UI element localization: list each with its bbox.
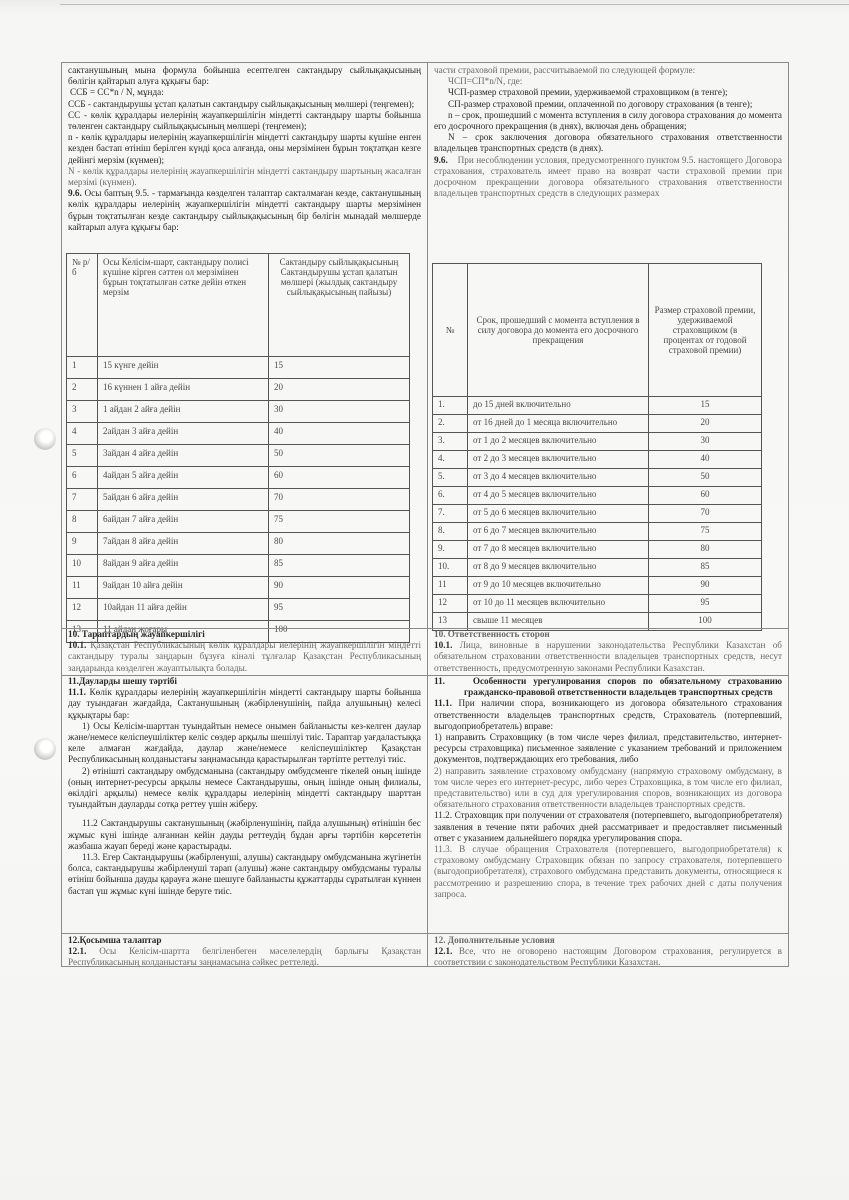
kz-row-period: 7айдан 8 айға дейін (98, 533, 269, 555)
kz-row-value: 75 (269, 511, 410, 533)
kz-header-num: № р/б (67, 254, 98, 357)
ru-row-period: от 8 до 9 месяцев включительно (468, 559, 649, 577)
kz-row-number: 7 (67, 489, 98, 511)
table-row: 8.от 6 до 7 месяцев включительно75 (433, 523, 762, 541)
ru-row-number: 11 (433, 577, 468, 595)
kz-formula: ССБ = СС*n / N, мұнда: (68, 87, 421, 98)
ru-clause-11-1-text: При наличии спора, возникающего из догов… (434, 698, 782, 730)
kz-row-value: 60 (269, 467, 410, 489)
kz-row-period: 1 айдан 2 айға дейін (98, 401, 269, 423)
kz-clause-11-3: 11.3. Егер Сактандырушы (жәбірленуші, ал… (68, 852, 421, 897)
table-row: 1210айдан 11 айға дейін95 (67, 599, 410, 621)
scanned-page: сактанушының мына формула бойынша есепте… (0, 0, 849, 1200)
ru-clause-11-1-item-1: 1) направить Страховщику (в том числе че… (434, 732, 782, 766)
kz-row-period: 6айдан 7 айға дейін (98, 511, 269, 533)
table-row: 97айдан 8 айға дейін80 (67, 533, 410, 555)
ru-clause-9-6-num: 9.6. (434, 155, 448, 165)
punch-hole-icon (34, 738, 56, 760)
kz-row-number: 1 (67, 357, 98, 379)
ru-header-period: Срок, прошедший с момента вступления в с… (468, 264, 649, 397)
ru-row-number: 1. (433, 397, 468, 415)
table-row: 53айдан 4 айға дейін50 (67, 445, 410, 467)
ru-clause-11-1-item-2: 2) направить заявление страховому омбудс… (434, 766, 782, 811)
kz-def-ss: СС - көлік құралдары иелерінің жауапкерш… (68, 110, 421, 132)
ru-row-value: 20 (649, 415, 762, 433)
ru-row-number: 10. (433, 559, 468, 577)
kz-row-value: 20 (269, 379, 410, 401)
ru-clause-10-1-num: 10.1. (434, 640, 452, 650)
kz-def-n: n - көлік құралдары иелерінің жауапкерші… (68, 132, 421, 166)
ru-clause-12-1-text: Все, что не оговорено настоящим Договоро… (434, 946, 782, 967)
kz-row-period: 8айдан 9 айға дейін (98, 555, 269, 577)
ru-row-number: 9. (433, 541, 468, 559)
table-row: 4.от 2 до 3 месяцев включительно40 (433, 451, 762, 469)
table-header-row: № р/б Осы Келісім-шарт, сактандыру полис… (67, 254, 410, 357)
table-row: 6.от 4 до 5 месяцев включительно60 (433, 487, 762, 505)
table-row: 3.от 1 до 2 месяцев включительно30 (433, 433, 762, 451)
table-row: 86айдан 7 айға дейін75 (67, 511, 410, 533)
ru-row-value: 60 (649, 487, 762, 505)
ru-row-period: от 1 до 2 месяцев включительно (468, 433, 649, 451)
ru-row-number: 4. (433, 451, 468, 469)
ru-def-chsp: ЧСП-размер страховой премии, удерживаемо… (434, 87, 782, 98)
kz-row-number: 5 (67, 445, 98, 467)
ru-row-period: от 2 до 3 месяцев включительно (468, 451, 649, 469)
ru-row-value: 30 (649, 433, 762, 451)
kz-row-period: 16 күннен 1 айға дейін (98, 379, 269, 401)
kz-clause-11-1-item-1: 1) Осы Келісім-шарттан туындайтын немесе… (68, 721, 421, 766)
ru-section-10-title: 10. Ответственность сторон (434, 629, 782, 640)
table-row: 119айдан 10 айға дейін90 (67, 577, 410, 599)
ru-row-period: от 5 до 6 месяцев включительно (468, 505, 649, 523)
kz-row-period: 4айдан 5 айға дейін (98, 467, 269, 489)
kz-header-value: Сактандыру сыйлықақысының Сактандырушы ұ… (269, 254, 410, 357)
table-row: 10.от 8 до 9 месяцев включительно85 (433, 559, 762, 577)
ru-row-number: 8. (433, 523, 468, 541)
ru-row-period: от 6 до 7 месяцев включительно (468, 523, 649, 541)
ru-row-period: от 10 до 11 месяцев включительно (468, 595, 649, 613)
kz-clause-9-6: 9.6. Осы баптың 9.5. - тармағында көздел… (68, 188, 421, 233)
table-row: 216 күннен 1 айға дейін20 (67, 379, 410, 401)
kz-row-period: 10айдан 11 айға дейін (98, 599, 269, 621)
kz-clause-11-1-text: Көлік құралдары иелерінің жауапкершілігі… (68, 687, 421, 719)
kz-row-value: 50 (269, 445, 410, 467)
ru-clause-11-1-num: 11.1. (434, 698, 452, 708)
ru-formula: ЧСП=СП*n/N, где: (434, 76, 782, 87)
ru-row-value: 85 (649, 559, 762, 577)
ru-row-number: 3. (433, 433, 468, 451)
ru-clause-11-2: 11.2. Страховщик при получении от страхо… (434, 810, 782, 844)
ru-row-period: от 7 до 8 месяцев включительно (468, 541, 649, 559)
kz-clause-11-2: 11.2 Сактандырушы сактанушының (жәбірлен… (68, 818, 421, 852)
table-row: 1.до 15 дней включительно15 (433, 397, 762, 415)
ru-row-value: 95 (649, 595, 762, 613)
kz-row-number: 2 (67, 379, 98, 401)
ru-row-period: от 9 до 10 месяцев включительно (468, 577, 649, 595)
kz-row-number: 6 (67, 467, 98, 489)
ru-row-number: 5. (433, 469, 468, 487)
ru-row-period: до 15 дней включительно (468, 397, 649, 415)
kz-intro: сактанушының мына формула бойынша есепте… (62, 65, 427, 233)
ru-clause-10-1-text: Лица, виновные в нарушении законодательс… (434, 640, 782, 672)
ru-section-11-title: 11. Особенности урегулирования споров по… (434, 676, 782, 698)
ru-row-value: 15 (649, 397, 762, 415)
kz-row-number: 3 (67, 401, 98, 423)
kz-clause-11-1-item-2: 2) өтінішті сактандыру омбудсманына (сак… (68, 766, 421, 811)
table-header-row: № Срок, прошедший с момента вступления в… (433, 264, 762, 397)
kz-row-number: 11 (67, 577, 98, 599)
ru-intro: части страховой премии, рассчитываемой п… (428, 65, 788, 199)
ru-header-value: Размер страховой премии, удерживаемой ст… (649, 264, 762, 397)
ru-section-11-title-text: Особенности урегулирования споров по обя… (464, 676, 782, 697)
kz-section-10-title: 10. Тараптардың жауапкершілігі (68, 629, 421, 640)
kz-row-period: 9айдан 10 айға дейін (98, 577, 269, 599)
kz-row-value: 80 (269, 533, 410, 555)
scan-edge-line (60, 4, 849, 5)
kz-clause-10-1-text: Қазақстан Республикасының көлік құралдар… (68, 640, 421, 672)
kz-clause-12-1-text: Осы Келісім-шартта белгіленбеген мәселел… (68, 946, 421, 967)
ru-clause-12-1-num: 12.1. (434, 946, 452, 956)
ru-clause-9-6-text: При несоблюдении условия, предусмотренно… (434, 155, 782, 199)
kz-def-N: N - көлік құралдары иелерінің жауапкерші… (68, 166, 421, 188)
kz-clause-12-1-num: 12.1. (68, 946, 86, 956)
kz-clause-9-6-num: 9.6. (68, 188, 82, 198)
ru-section-11-num: 11. (434, 676, 445, 686)
kz-clause-11-1-num: 11.1. (68, 687, 86, 697)
kz-row-number: 10 (67, 555, 98, 577)
kazakh-column: сактанушының мына формула бойынша есепте… (62, 63, 428, 966)
ru-row-value: 40 (649, 451, 762, 469)
table-row: 42айдан 3 айға дейін40 (67, 423, 410, 445)
kz-row-period: 15 күнге дейін (98, 357, 269, 379)
kz-def-ssb: ССБ - сактандырушы ұстап қалатын сактанд… (68, 99, 421, 110)
kz-section-11: 11.Дауларды шешу тәртібі 11.1. Көлік құр… (62, 676, 427, 897)
kz-intro-line: сактанушының мына формула бойынша есепте… (68, 65, 421, 87)
ru-section-10: 10. Ответственность сторон 10.1. Лица, в… (428, 629, 788, 674)
punch-hole-icon (34, 428, 56, 450)
ru-def-N: N – срок заключения договора обязательно… (434, 132, 782, 154)
ru-row-value: 70 (649, 505, 762, 523)
ru-intro-line: части страховой премии, рассчитываемой п… (434, 65, 782, 76)
bilingual-contract-grid: сактанушының мына формула бойынша есепте… (61, 62, 789, 967)
table-row: 75айдан 6 айға дейін70 (67, 489, 410, 511)
table-row: 9.от 7 до 8 месяцев включительно80 (433, 541, 762, 559)
kz-row-value: 70 (269, 489, 410, 511)
ru-section-12-title: 12. Дополнительные условия (434, 935, 782, 946)
kz-section-12: 12.Қосымша талаптар 12.1. Осы Келісім-ша… (62, 935, 427, 969)
kz-row-value: 15 (269, 357, 410, 379)
kz-row-period: 2айдан 3 айға дейін (98, 423, 269, 445)
ru-row-value: 80 (649, 541, 762, 559)
table-row: 5.от 3 до 4 месяцев включительно50 (433, 469, 762, 487)
russian-column: части страховой премии, рассчитываемой п… (428, 63, 788, 966)
table-row: 31 айдан 2 айға дейін30 (67, 401, 410, 423)
ru-def-n: n – срок, прошедший с момента вступления… (434, 110, 782, 132)
table-row: 7.от 5 до 6 месяцев включительно70 (433, 505, 762, 523)
kz-row-period: 5айдан 6 айға дейін (98, 489, 269, 511)
page-fold-shadow (0, 0, 4, 106)
ru-row-period: от 4 до 5 месяцев включительно (468, 487, 649, 505)
ru-row-number: 2. (433, 415, 468, 433)
ru-refund-table: № Срок, прошедший с момента вступления в… (432, 263, 762, 631)
ru-row-value: 90 (649, 577, 762, 595)
kz-row-value: 40 (269, 423, 410, 445)
divider (428, 933, 788, 934)
ru-row-period: от 3 до 4 месяцев включительно (468, 469, 649, 487)
kz-row-period: 3айдан 4 айға дейін (98, 445, 269, 467)
ru-row-period: от 16 дней до 1 месяца включительно (468, 415, 649, 433)
table-row: 64айдан 5 айға дейін60 (67, 467, 410, 489)
ru-row-number: 12 (433, 595, 468, 613)
kz-row-value: 85 (269, 555, 410, 577)
kz-row-number: 9 (67, 533, 98, 555)
table-row: 11от 9 до 10 месяцев включительно90 (433, 577, 762, 595)
table-row: 2.от 16 дней до 1 месяца включительно20 (433, 415, 762, 433)
table-row: 12от 10 до 11 месяцев включительно95 (433, 595, 762, 613)
kz-clause-10-1-num: 10.1. (68, 640, 86, 650)
kz-section-10: 10. Тараптардың жауапкершілігі 10.1. Қаз… (62, 629, 427, 674)
kz-row-number: 8 (67, 511, 98, 533)
ru-def-sp: СП-размер страховой премии, оплаченной п… (434, 99, 782, 110)
ru-row-value: 75 (649, 523, 762, 541)
ru-clause-11-3: 11.3. В случае обращения Страхователя (п… (434, 844, 782, 900)
ru-section-12: 12. Дополнительные условия 12.1. Все, чт… (428, 935, 788, 969)
ru-header-num: № (433, 264, 468, 397)
ru-row-number: 6. (433, 487, 468, 505)
ru-section-11: 11. Особенности урегулирования споров по… (428, 676, 788, 900)
kz-row-number: 12 (67, 599, 98, 621)
ru-row-value: 50 (649, 469, 762, 487)
kz-row-value: 95 (269, 599, 410, 621)
ru-row-number: 7. (433, 505, 468, 523)
kz-section-12-title: 12.Қосымша талаптар (68, 935, 421, 946)
kz-refund-table: № р/б Осы Келісім-шарт, сактандыру полис… (66, 253, 410, 643)
table-row: 108айдан 9 айға дейін85 (67, 555, 410, 577)
kz-row-number: 4 (67, 423, 98, 445)
kz-row-value: 90 (269, 577, 410, 599)
table-row: 115 күнге дейін15 (67, 357, 410, 379)
kz-row-value: 30 (269, 401, 410, 423)
kz-section-11-title: 11.Дауларды шешу тәртібі (68, 676, 421, 687)
kz-header-period: Осы Келісім-шарт, сактандыру полисі күші… (98, 254, 269, 357)
kz-clause-9-6-text: Осы баптың 9.5. - тармағында көзделген т… (68, 188, 421, 232)
divider (62, 933, 427, 934)
